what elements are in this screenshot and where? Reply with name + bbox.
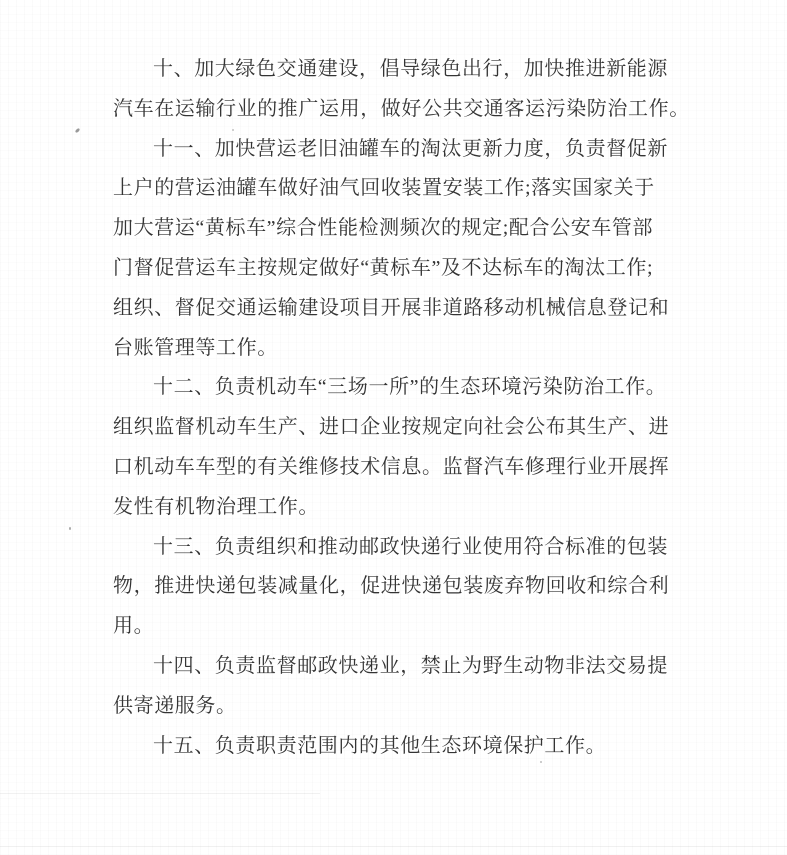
text-line: 十四、负责监督邮政快递业，禁止为野生动物非法交易提 <box>113 647 713 687</box>
document-paragraph-item-10: 十、加大绿色交通建设，倡导绿色出行，加快推进新能源汽车在运输行业的推广运用，做好… <box>113 50 713 130</box>
document-paragraph-item-11: 十一、加快营运老旧油罐车的淘汰更新力度，负责督促新上户的营运油罐车做好油气回收装… <box>113 130 713 369</box>
text-line: 台账管理等工作。 <box>113 329 713 369</box>
text-line: 汽车在运输行业的推广运用，做好公共交通客运污染防治工作。 <box>113 90 713 130</box>
scanned-document-page: 十、加大绿色交通建设，倡导绿色出行，加快推进新能源汽车在运输行业的推广运用，做好… <box>0 0 787 855</box>
scan-speck <box>75 128 80 134</box>
text-line: 十二、负责机动车“三场一所”的生态环境污染防治工作。 <box>113 368 713 408</box>
text-line: 加大营运“黄标车”综合性能检测频次的规定;配合公安车管部 <box>113 209 713 249</box>
text-line: 供寄递服务。 <box>113 687 713 727</box>
text-line: 门督促营运车主按规定做好“黄标车”及不达标车的淘汰工作; <box>113 249 713 289</box>
text-line: 组织监督机动车生产、进口企业按规定向社会公布其生产、进 <box>113 408 713 448</box>
text-line: 十、加大绿色交通建设，倡导绿色出行，加快推进新能源 <box>113 50 713 90</box>
document-paragraph-item-15: 十五、负责职责范围内的其他生态环境保护工作。 <box>113 727 713 767</box>
document-paragraph-item-13: 十三、负责组织和推动邮政快递行业使用符合标准的包装物，推进快递包装减量化，促进快… <box>113 528 713 647</box>
document-paragraph-item-14: 十四、负责监督邮政快递业，禁止为野生动物非法交易提供寄递服务。 <box>113 647 713 727</box>
document-body: 十、加大绿色交通建设，倡导绿色出行，加快推进新能源汽车在运输行业的推广运用，做好… <box>113 50 713 766</box>
text-line: 用。 <box>113 607 713 647</box>
text-line: 发性有机物治理工作。 <box>113 488 713 528</box>
scan-speck <box>69 527 71 530</box>
text-line: 物，推进快递包装减量化，促进快递包装废弃物回收和综合利 <box>113 567 713 607</box>
text-line: 十一、加快营运老旧油罐车的淘汰更新力度，负责督促新 <box>113 130 713 170</box>
scan-streak <box>0 793 320 794</box>
text-line: 十三、负责组织和推动邮政快递行业使用符合标准的包装 <box>113 528 713 568</box>
text-line: 组织、督促交通运输建设项目开展非道路移动机械信息登记和 <box>113 289 713 329</box>
text-line: 十五、负责职责范围内的其他生态环境保护工作。 <box>113 727 713 767</box>
document-paragraph-item-12: 十二、负责机动车“三场一所”的生态环境污染防治工作。组织监督机动车生产、进口企业… <box>113 368 713 527</box>
text-line: 口机动车车型的有关维修技术信息。监督汽车修理行业开展挥 <box>113 448 713 488</box>
scan-streak <box>0 846 787 847</box>
text-line: 上户的营运油罐车做好油气回收装置安装工作;落实国家关于 <box>113 169 713 209</box>
